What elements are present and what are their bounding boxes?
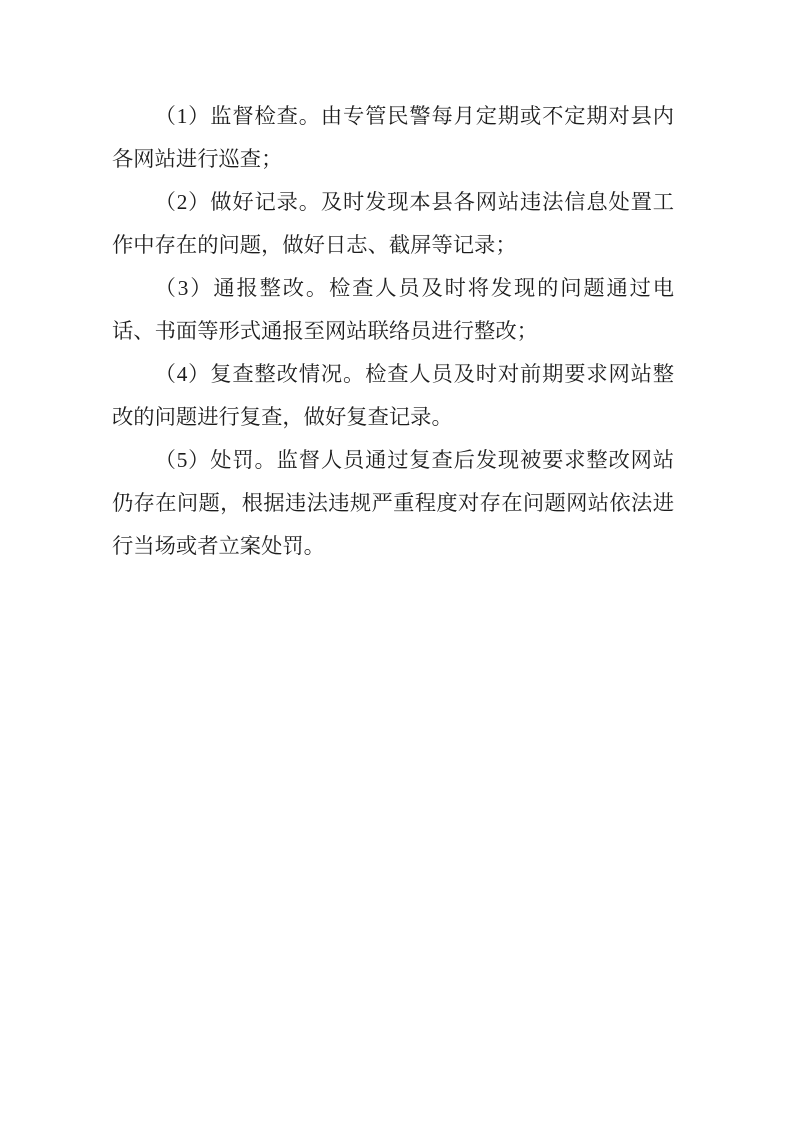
paragraph-record-keeping: （2）做好记录。及时发现本县各网站违法信息处置工作中存在的问题，做好日志、截屏等…: [112, 181, 674, 267]
document-page: （1）监督检查。由专管民警每月定期或不定期对县内各网站进行巡查； （2）做好记录…: [0, 0, 793, 1122]
paragraph-supervision-inspection: （1）监督检查。由专管民警每月定期或不定期对县内各网站进行巡查；: [112, 95, 674, 181]
paragraph-punishment: （5）处罚。监督人员通过复查后发现被要求整改网站仍存在问题，根据违法违规严重程度…: [112, 439, 674, 568]
paragraph-recheck-rectification: （4）复查整改情况。检查人员及时对前期要求网站整改的问题进行复查，做好复查记录。: [112, 353, 674, 439]
document-body: （1）监督检查。由专管民警每月定期或不定期对县内各网站进行巡查； （2）做好记录…: [112, 95, 674, 568]
paragraph-notification-rectification: （3）通报整改。检查人员及时将发现的问题通过电话、书面等形式通报至网站联络员进行…: [112, 267, 674, 353]
